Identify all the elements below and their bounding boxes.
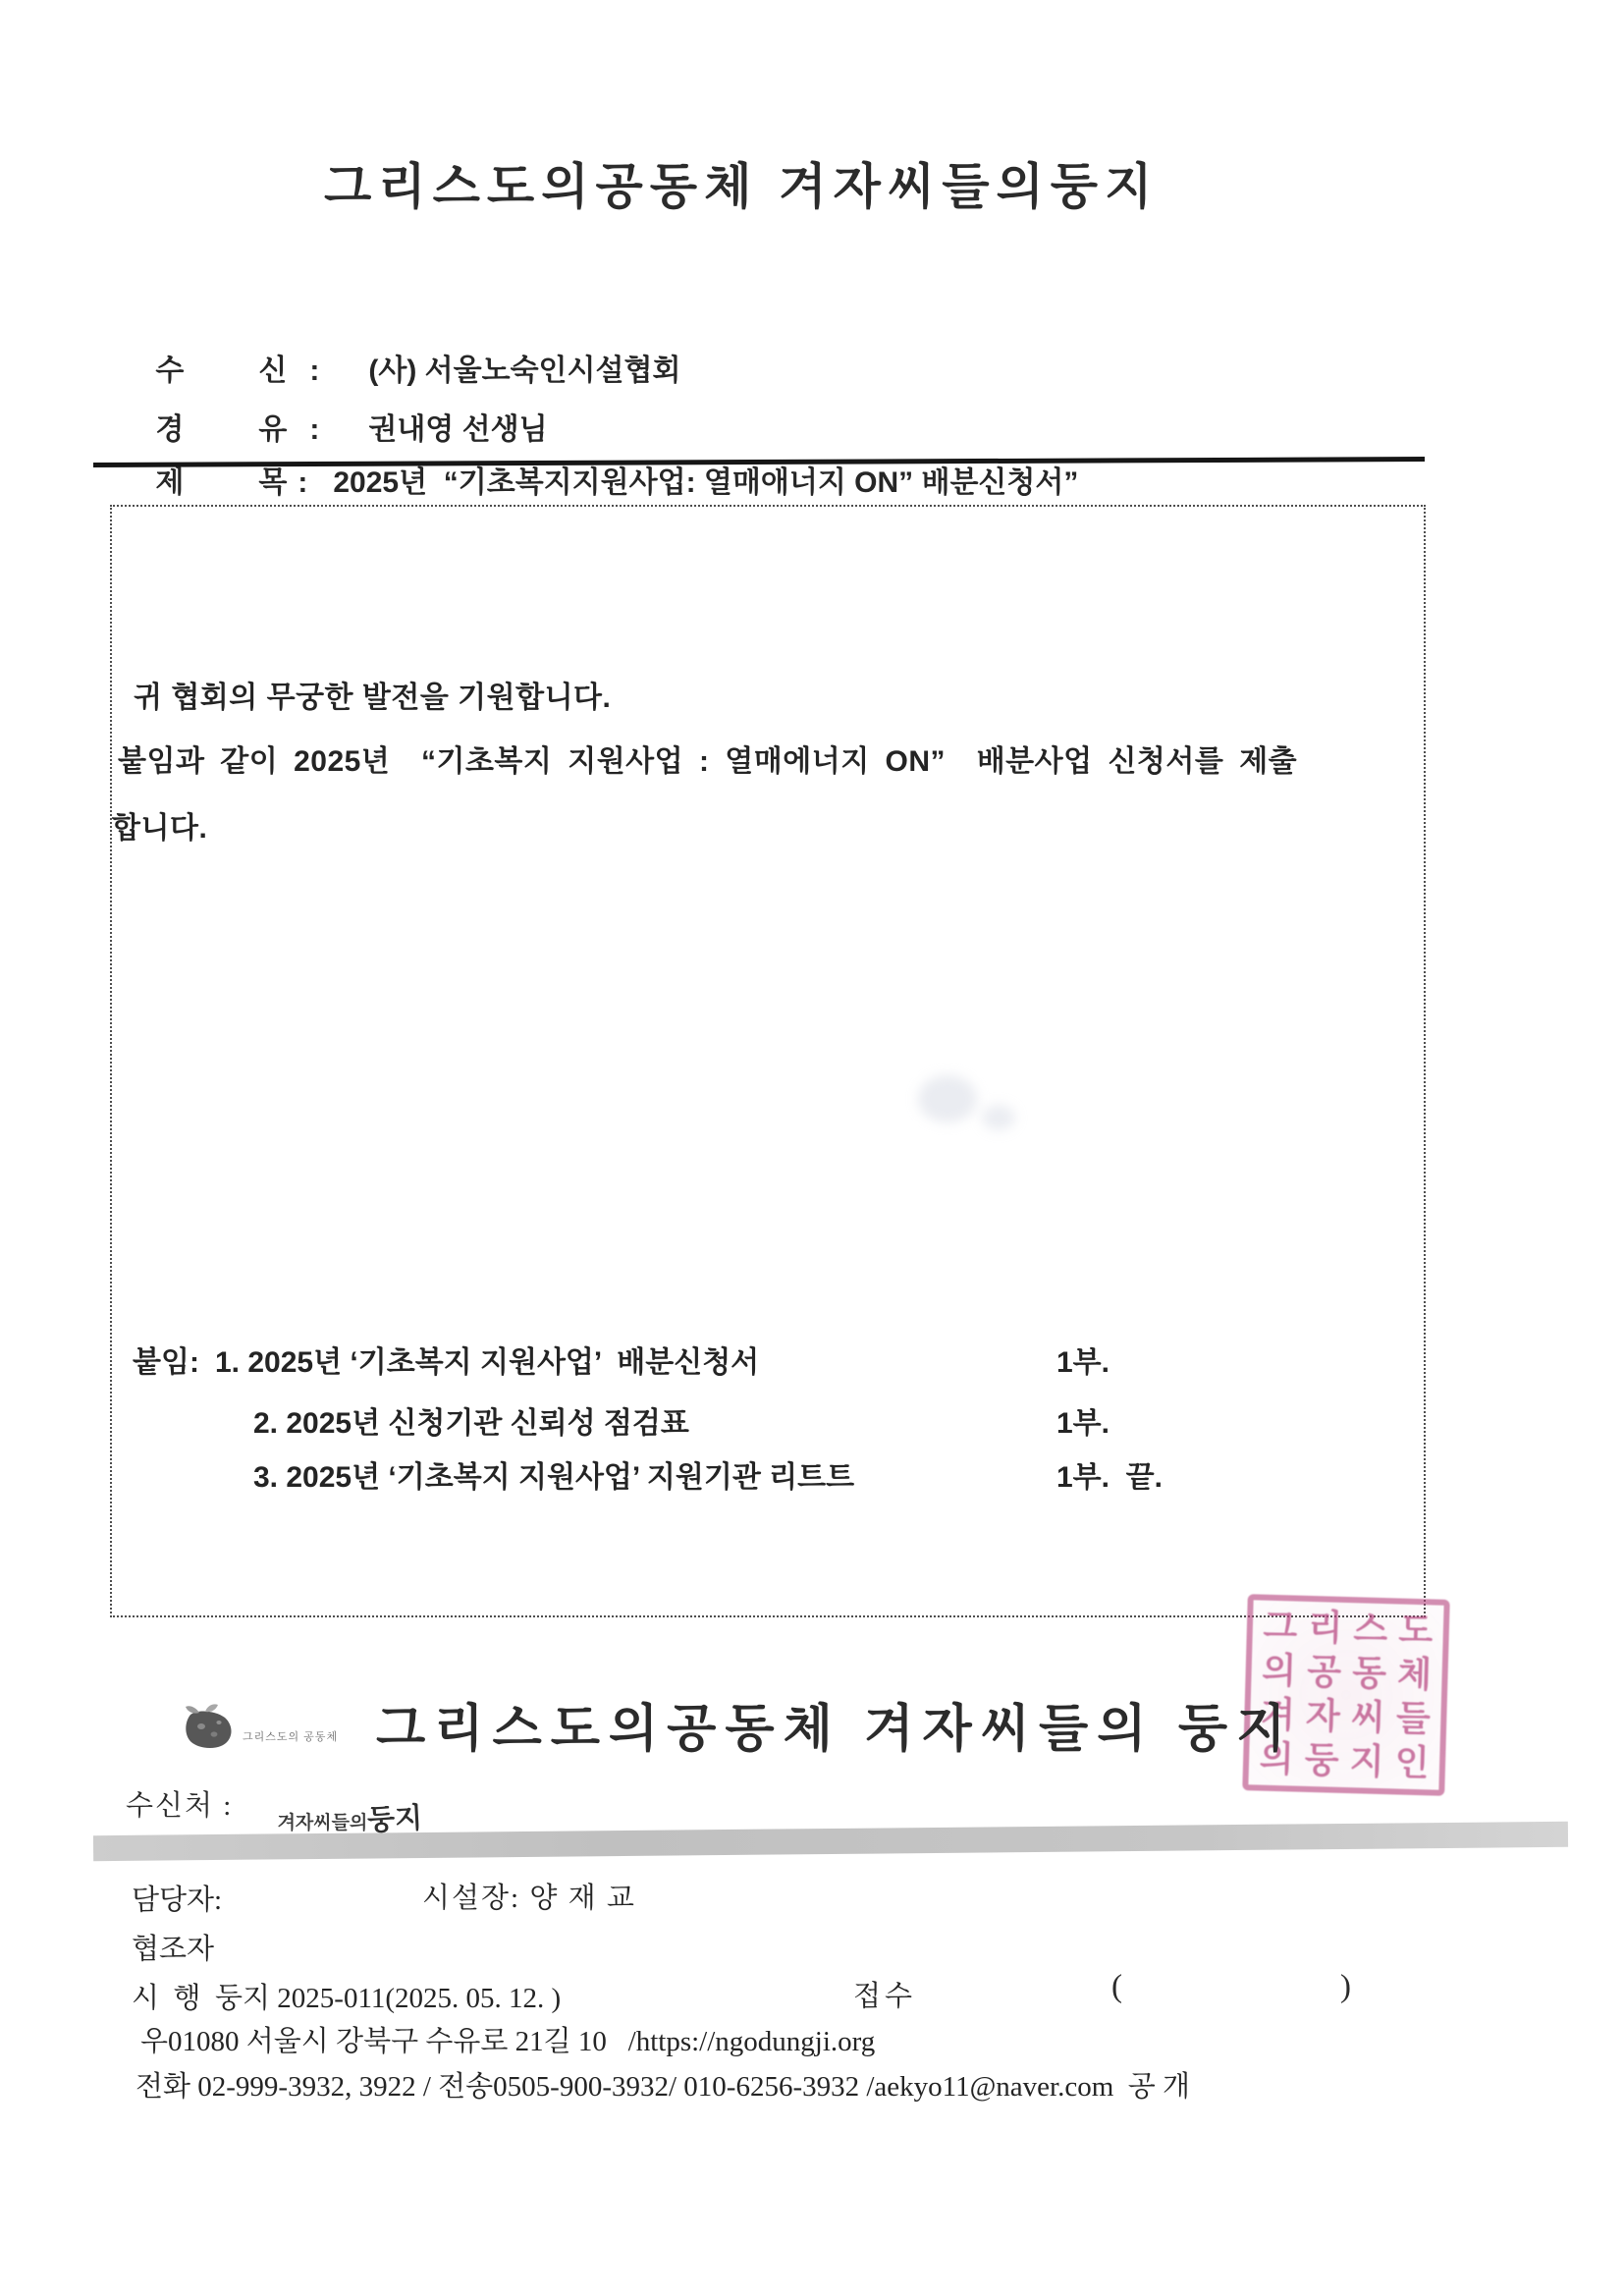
logo-small-text: 그리스도의 공동체	[243, 1728, 370, 1744]
manager-label: 담당자:	[132, 1878, 222, 1918]
stamp-char: 인	[1388, 1740, 1435, 1785]
logo-text-block: 그리스도의 공동체 겨자씨들의둥지	[243, 1693, 370, 1890]
stamp-char: 스	[1347, 1607, 1393, 1652]
stamp-char: 공	[1301, 1650, 1347, 1695]
receipt-paren-close: )	[1340, 1969, 1351, 2005]
stamp-char: 동	[1346, 1651, 1392, 1696]
footer-org-name: 그리스도의공동체 겨자씨들의 둥지	[376, 1687, 1294, 1761]
stamp-char: 들	[1390, 1696, 1436, 1741]
stamp-char: 도	[1392, 1608, 1438, 1653]
attachments-label: 붙임:	[133, 1338, 199, 1381]
phone-line: 전화 02-999-3932, 3922 / 전송0505-900-3932/ …	[135, 2064, 1190, 2105]
field-colon: :	[298, 466, 333, 500]
stamp-char: 자	[1300, 1694, 1346, 1739]
stamp-char: 그	[1257, 1604, 1303, 1649]
director-name: 시설장: 양 재 교	[422, 1876, 636, 1916]
address-line: 우01080 서울시 강북구 수유로 21길 10 /https://ngodu…	[140, 2019, 875, 2059]
attachment-item: 3. 2025년 ‘기초복지 지원사업’ 지원기관 리트트	[253, 1452, 854, 1496]
recipient-list-label: 수신처 :	[126, 1783, 233, 1824]
attachment-copies: 1부. 끝.	[1056, 1452, 1163, 1496]
stamp-char: 지	[1343, 1739, 1389, 1784]
cooperator-label: 협조자	[132, 1927, 214, 1967]
field-value-subject: 2025년 “기초복지지원사업: 열매애너지 ON” 배분신청서”	[333, 466, 1078, 499]
logo-name-text: 겨자씨들의	[278, 1813, 368, 1833]
attachment-copies: 1부.	[1056, 1338, 1110, 1381]
attachment-item: 2. 2025년 신청기관 신뢰성 점검표	[253, 1398, 689, 1442]
dispatch-number-line: 시 행 둥지 2025-011(2025. 05. 12. )	[132, 1976, 561, 2016]
receipt-label: 접수	[853, 1974, 916, 2014]
attachment-item: 1. 2025년 ‘기초복지 지원사업’ 배분신청서	[215, 1338, 759, 1381]
stamp-char: 씨	[1345, 1695, 1391, 1740]
attachment-copies: 1부.	[1056, 1398, 1110, 1442]
body-line-greeting: 귀 협회의 무궁한 발전을 기원합니다.	[134, 673, 611, 716]
body-line-main: 붙임과 같이 2025년 “기초복지 지원사업 : 열매에너지 ON” 배분사업…	[118, 737, 1297, 780]
stamp-char: 둥	[1299, 1738, 1345, 1783]
nest-seed-icon	[182, 1703, 237, 1752]
stamp-char: 체	[1391, 1652, 1437, 1697]
scan-smudge	[982, 1105, 1015, 1130]
stamp-char: 리	[1302, 1606, 1348, 1651]
receipt-paren-open: (	[1111, 1969, 1122, 2005]
page-title: 그리스도의공동체 겨자씨들의둥지	[324, 147, 1159, 218]
body-dotted-box	[110, 505, 1426, 1617]
body-line-main-cont: 합니다.	[112, 803, 207, 847]
scanned-letter-page: 그리스도의공동체 겨자씨들의둥지 수신:(사) 서울노숙인시설협회 경유:권내영…	[0, 0, 1624, 2296]
scan-smudge	[918, 1075, 977, 1122]
org-logo: 그리스도의 공동체 겨자씨들의둥지	[182, 1691, 363, 1762]
